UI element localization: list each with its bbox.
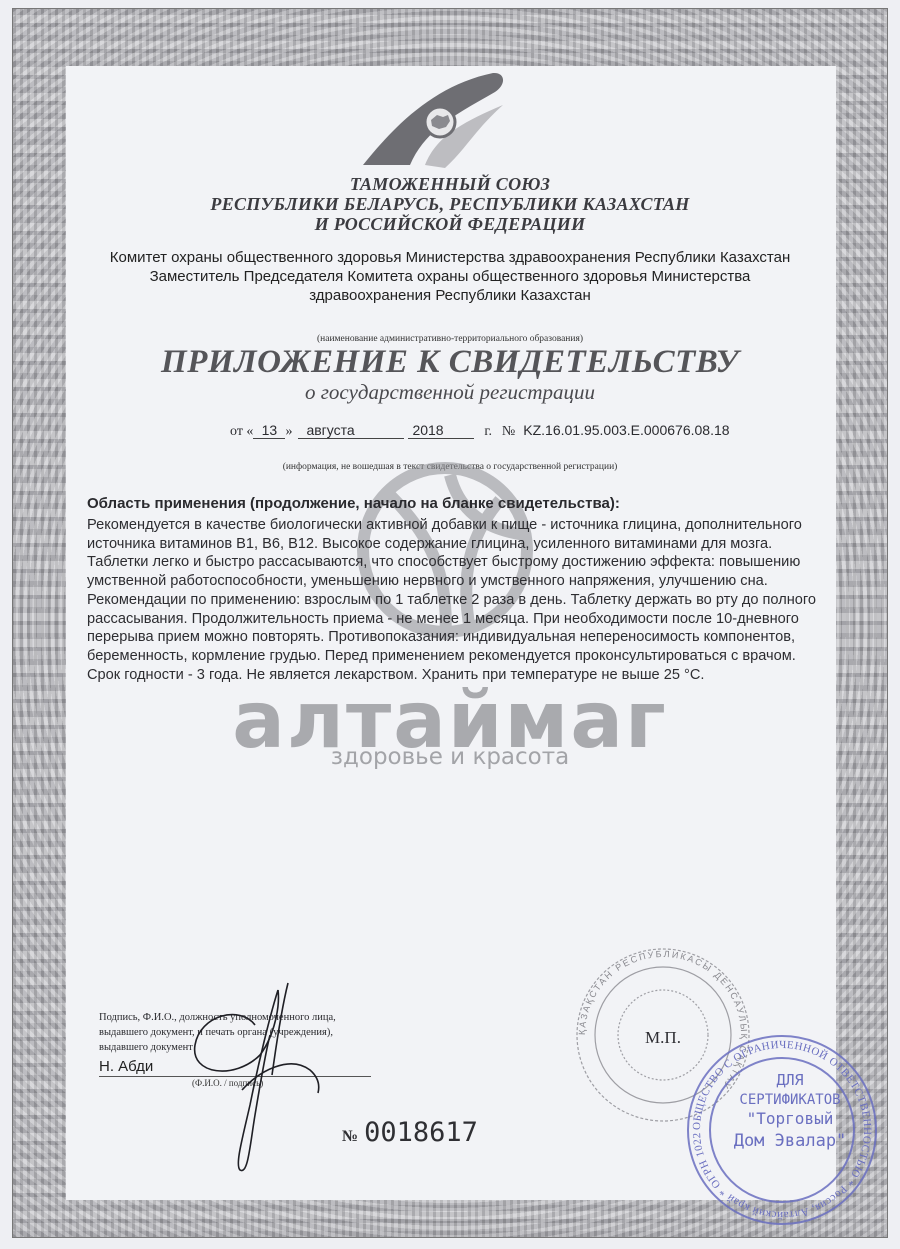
customs-union-emblem-icon bbox=[355, 70, 505, 170]
copy-stamp-line-3: "Торговый bbox=[747, 1109, 834, 1128]
date-prefix: от « bbox=[230, 424, 253, 439]
copy-stamp-line-4: Дом Эвалар" bbox=[734, 1131, 847, 1151]
date-month: августа bbox=[298, 422, 404, 439]
watermark-tagline: здоровье и красота bbox=[0, 744, 900, 770]
date-year-suffix: г. bbox=[484, 424, 492, 439]
copy-stamp-line-1: ДЛЯ bbox=[776, 1071, 803, 1089]
issuing-body-line-2: Заместитель Председателя Комитета охраны… bbox=[0, 267, 900, 286]
section-body: Рекомендуется в качестве биологически ак… bbox=[87, 516, 822, 684]
date-day-suffix: » bbox=[285, 424, 292, 439]
date-and-number-row: от «13»августа2018 г. №KZ.16.01.95.003.E… bbox=[230, 422, 730, 440]
issuing-body-line-3: здравоохранения Республики Казахстан bbox=[0, 286, 900, 305]
union-header-line-3: И РОССИЙСКОЙ ФЕДЕРАЦИИ bbox=[0, 214, 900, 235]
registration-number: KZ.16.01.95.003.E.000676.08.18 bbox=[523, 422, 729, 438]
serial-sign: № bbox=[342, 1128, 358, 1145]
issuing-body-line-1: Комитет охраны общественного здоровья Ми… bbox=[0, 248, 900, 267]
serial-number: №0018617 bbox=[342, 1117, 478, 1148]
signer-name: Н. Абди bbox=[99, 1058, 153, 1075]
handwritten-signature-icon bbox=[180, 975, 330, 1175]
copy-stamp-icon: ОБЩЕСТВО С ОГРАНИЧЕННОЙ ОТВЕТСТВЕННОСТЬЮ… bbox=[682, 1030, 882, 1230]
serial-value: 0018617 bbox=[364, 1117, 478, 1148]
document-title: ПРИЛОЖЕНИЕ К СВИДЕТЕЛЬСТВУ bbox=[0, 344, 900, 381]
date-day: 13 bbox=[253, 422, 285, 439]
number-sign: № bbox=[502, 424, 515, 439]
issuing-body-caption: (наименование административно-территориа… bbox=[0, 334, 900, 344]
union-header-line-1: ТАМОЖЕННЫЙ СОЮЗ bbox=[0, 174, 900, 195]
copy-stamp-line-2: СЕРТИФИКАТОВ bbox=[739, 1092, 840, 1108]
document-subtitle: о государственной регистрации bbox=[0, 380, 900, 405]
section-title: Область применения (продолжение, начало … bbox=[87, 495, 620, 512]
union-header-line-2: РЕСПУБЛИКИ БЕЛАРУСЬ, РЕСПУБЛИКИ КАЗАХСТА… bbox=[0, 194, 900, 215]
date-year: 2018 bbox=[408, 422, 474, 439]
stamp-mark: М.П. bbox=[645, 1028, 681, 1047]
